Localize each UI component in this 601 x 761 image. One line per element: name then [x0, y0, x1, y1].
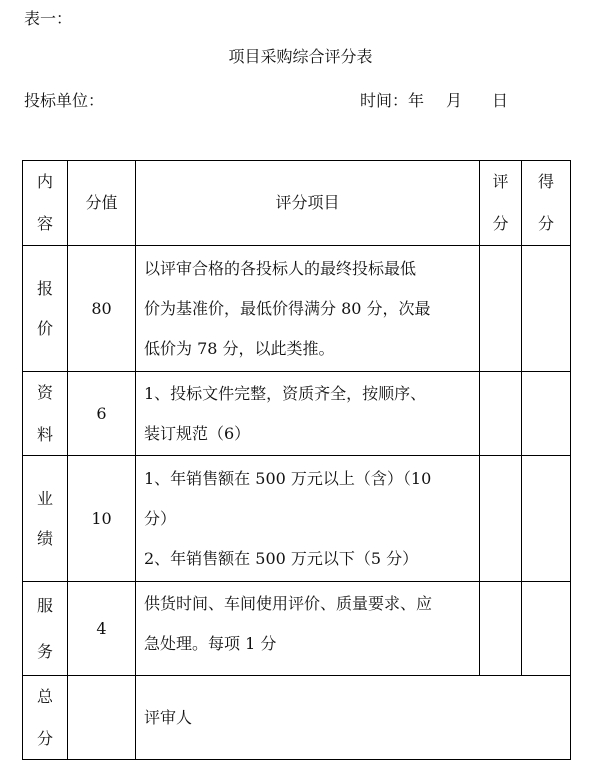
content-char: 业: [37, 489, 53, 508]
content-char: 服: [37, 596, 53, 615]
criteria-line: 分）: [144, 499, 473, 539]
reviewer-cell[interactable]: 评审人: [136, 676, 571, 760]
header-content-char: 内: [37, 172, 53, 191]
row-criteria: 1、投标文件完整，资质齐全，按顺序、 装订规范（6）: [136, 372, 480, 456]
header-criteria: 评分项目: [136, 161, 480, 246]
header-obtained-char: 得: [538, 172, 554, 191]
criteria-line: 以评审合格的各投标人的最终投标最低: [144, 249, 473, 289]
header-content-char: 容: [37, 214, 53, 233]
document-title: 项目采购综合评分表: [0, 44, 601, 67]
month-label: 月: [446, 88, 462, 111]
scoring-table: 内容 分值 评分项目 评分 得分 报价 80 以评审合格的各投标人的最终投标最低…: [22, 160, 571, 760]
row-obtained-cell[interactable]: [522, 582, 571, 676]
date-line: 时间：年月日: [360, 88, 508, 111]
table-row-documents: 资料 6 1、投标文件完整，资质齐全，按顺序、 装订规范（6）: [23, 372, 571, 456]
content-char: 资: [37, 383, 53, 402]
criteria-line: 2、年销售额在 500 万元以下（5 分）: [144, 539, 473, 579]
day-label: 日: [492, 88, 508, 111]
total-content: 总分: [23, 676, 68, 760]
row-obtained-cell[interactable]: [522, 456, 571, 582]
content-char: 务: [37, 642, 53, 661]
table-number-label: 表一：: [24, 6, 72, 29]
table-row-performance: 业绩 10 1、年销售额在 500 万元以上（含）（10 分） 2、年销售额在 …: [23, 456, 571, 582]
row-rating-cell[interactable]: [480, 372, 522, 456]
row-obtained-cell[interactable]: [522, 372, 571, 456]
header-obtained-char: 分: [538, 214, 554, 233]
row-obtained-cell[interactable]: [522, 246, 571, 372]
bidder-unit-label: 投标单位：: [24, 88, 104, 111]
row-score-value: 10: [68, 456, 136, 582]
row-rating-cell[interactable]: [480, 246, 522, 372]
row-criteria: 1、年销售额在 500 万元以上（含）（10 分） 2、年销售额在 500 万元…: [136, 456, 480, 582]
date-label: 时间：: [360, 88, 408, 111]
criteria-line: 低价为 78 分，以此类推。: [144, 329, 473, 369]
content-char: 总: [37, 687, 53, 706]
header-rating-char: 评: [492, 172, 508, 191]
criteria-line: 1、年销售额在 500 万元以上（含）（10: [144, 459, 473, 499]
criteria-line: 装订规范（6）: [144, 414, 473, 454]
row-score-value: 80: [68, 246, 136, 372]
table-header-row: 内容 分值 评分项目 评分 得分: [23, 161, 571, 246]
table-row-price: 报价 80 以评审合格的各投标人的最终投标最低 价为基准价，最低价得满分 80 …: [23, 246, 571, 372]
row-score-value: 6: [68, 372, 136, 456]
row-content: 报价: [23, 246, 68, 372]
row-rating-cell[interactable]: [480, 582, 522, 676]
year-label: 年: [408, 88, 424, 111]
row-criteria: 以评审合格的各投标人的最终投标最低 价为基准价，最低价得满分 80 分，次最 低…: [136, 246, 480, 372]
row-content: 服务: [23, 582, 68, 676]
row-content: 资料: [23, 372, 68, 456]
row-score-value: 4: [68, 582, 136, 676]
criteria-line: 1、投标文件完整，资质齐全，按顺序、: [144, 374, 473, 414]
content-char: 价: [37, 319, 53, 338]
header-content: 内容: [23, 161, 68, 246]
header-score-value: 分值: [68, 161, 136, 246]
header-rating-char: 分: [492, 214, 508, 233]
reviewer-label: 评审人: [144, 698, 564, 738]
total-score-cell[interactable]: [68, 676, 136, 760]
criteria-line: 急处理。每项 1 分: [144, 624, 473, 664]
header-obtained: 得分: [522, 161, 571, 246]
content-char: 料: [37, 425, 53, 444]
content-char: 报: [37, 279, 53, 298]
row-rating-cell[interactable]: [480, 456, 522, 582]
row-content: 业绩: [23, 456, 68, 582]
content-char: 绩: [37, 529, 53, 548]
criteria-line: 价为基准价，最低价得满分 80 分，次最: [144, 289, 473, 329]
content-char: 分: [37, 729, 53, 748]
table-row-total: 总分 评审人: [23, 676, 571, 760]
header-rating: 评分: [480, 161, 522, 246]
table-row-service: 服务 4 供货时间、车间使用评价、质量要求、应 急处理。每项 1 分: [23, 582, 571, 676]
row-criteria: 供货时间、车间使用评价、质量要求、应 急处理。每项 1 分: [136, 582, 480, 676]
criteria-line: 供货时间、车间使用评价、质量要求、应: [144, 584, 473, 624]
